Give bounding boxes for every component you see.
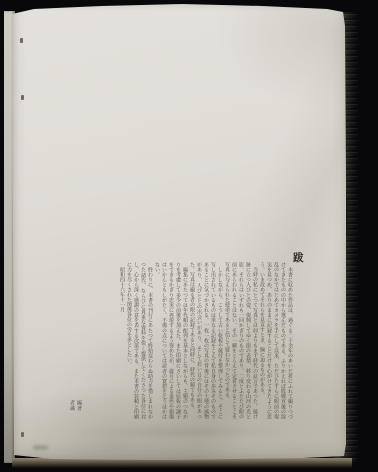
postscript-paragraph: しかしながら、こうして古い乾板や焼付を整理してみると、そこに写し出されているもの…: [188, 262, 223, 419]
author-signature: 編著者識: [68, 400, 82, 412]
postscript-paragraph: 編集にあたつては年代順の配列を基本としながらも、主題のつながりを考慮して多少の前…: [153, 262, 188, 419]
binding-stitch: [21, 95, 24, 100]
postscript-paragraph: 当時の私にとつて写真とは何よりもまず時代の証言であつた。焼け跡に立つ人びとの姿、…: [223, 262, 258, 419]
postscript-paragraph: 本書に収めた作品は、過ぐる二十余年のあいだ折にふれて撮りつづけてきたものの中から…: [258, 262, 293, 419]
postscript-paragraph: 終わりに、本書の刊行にあたつて終始変わらぬ助力を惜しまれなかつた諸氏、ならびに貴…: [125, 262, 153, 419]
postscript-title: 跋: [293, 253, 304, 264]
faint-page-number-mark: [33, 445, 48, 450]
binding-stitch: [21, 432, 24, 437]
book-page: 跋 本書に収めた作品は、過ぐる二十余年のあいだ折にふれて撮りつづけてきたものの中…: [12, 4, 346, 460]
postscript-paragraph: 昭和四十六年十一月: [118, 262, 125, 419]
binding-stitch: [20, 38, 23, 43]
postscript-text: 本書に収めた作品は、過ぐる二十余年のあいだ折にふれて撮りつづけてきたものの中から…: [93, 262, 293, 419]
book-photo-scene: 跋 本書に収めた作品は、過ぐる二十余年のあいだ折にふれて撮りつづけてきたものの中…: [0, 0, 378, 472]
